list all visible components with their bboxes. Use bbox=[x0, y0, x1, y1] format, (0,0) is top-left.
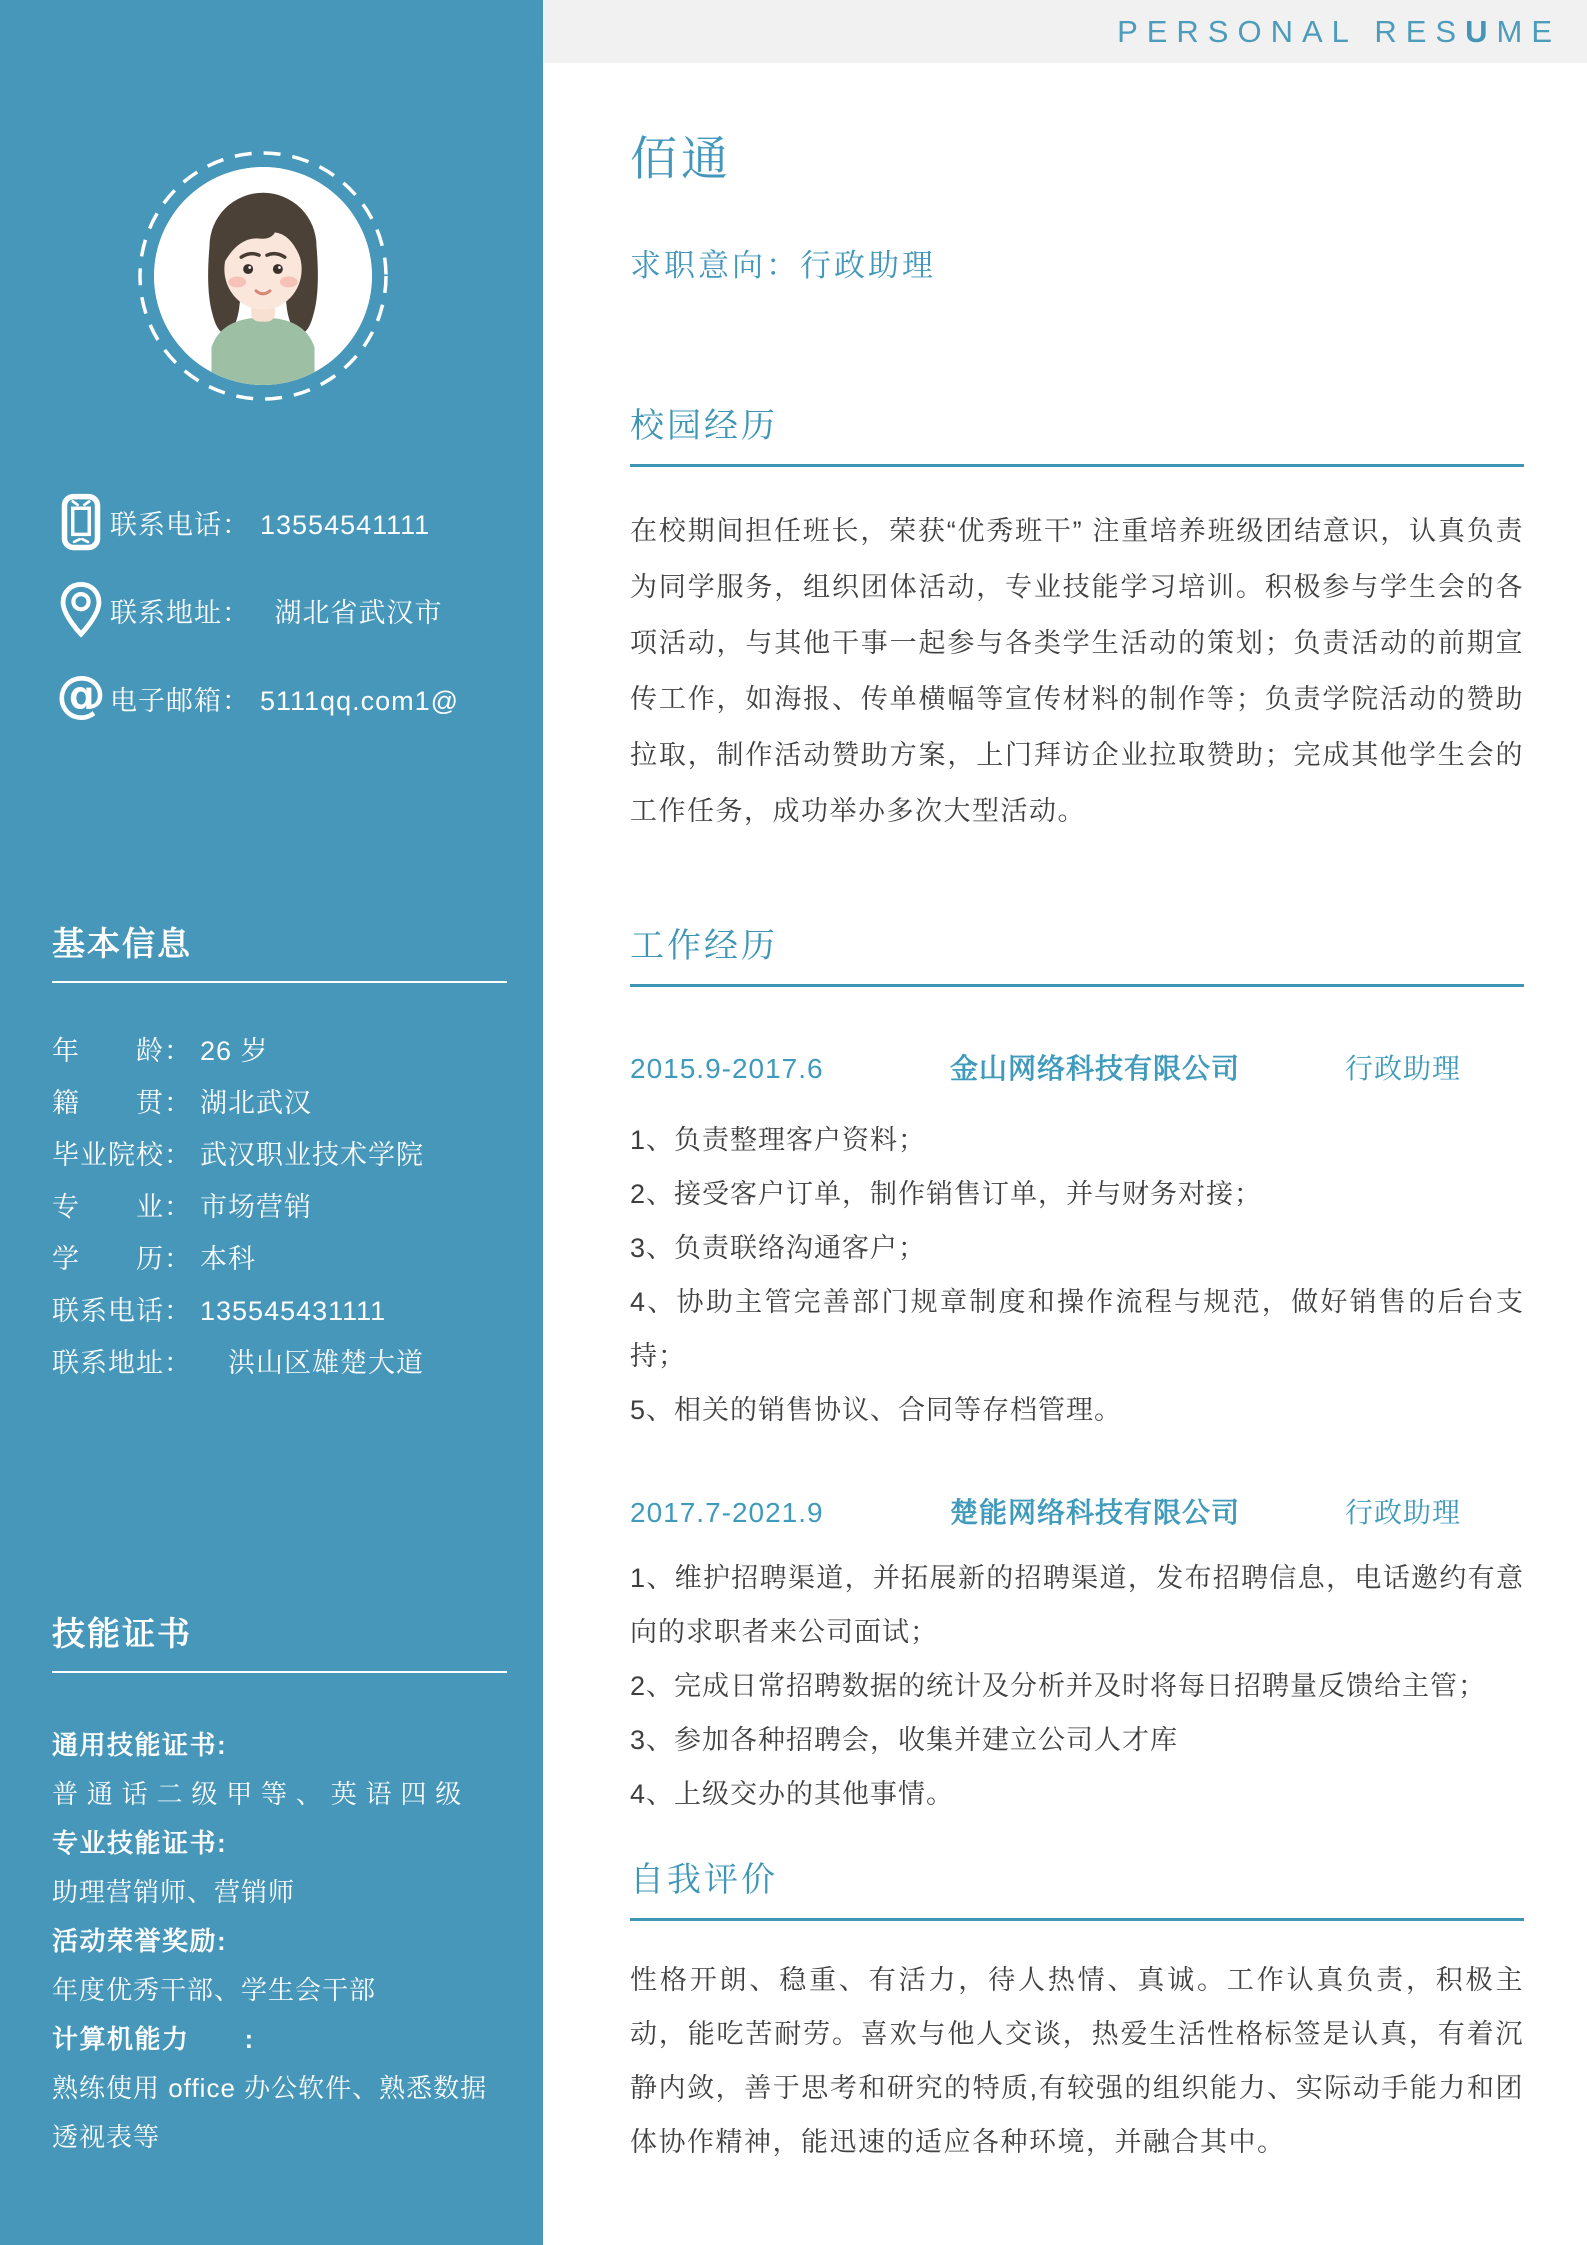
job-company: 楚能网络科技有限公司 bbox=[950, 1491, 1345, 1531]
job-period: 2015.9-2017.6 bbox=[630, 1053, 950, 1085]
self-evaluation-paragraph: 性格开朗、稳重、有活力，待人热情、真诚。工作认真负责，积极主动，能吃苦耐劳。喜欢… bbox=[630, 1953, 1524, 2169]
info-label: 学 历： bbox=[52, 1233, 192, 1285]
section-heading: 自我评价 bbox=[630, 1852, 1524, 1921]
info-label: 联系电话： bbox=[52, 1285, 192, 1337]
skills-heading: 技能证书 bbox=[52, 1608, 507, 1655]
duties-list: 1、维护招聘渠道，并拓展新的招聘渠道，发布招聘信息，电话邀约有意向的求职者来公司… bbox=[630, 1551, 1524, 1821]
skill-line: 通用技能证书: bbox=[52, 1721, 507, 1770]
banner-title-bold: U bbox=[1465, 14, 1496, 49]
skill-line: 普通话二级甲等、英语四级 bbox=[52, 1770, 507, 1819]
job-title: 行政助理 bbox=[1345, 1491, 1524, 1531]
skill-line: 年度优秀干部、学生会干部 bbox=[52, 1966, 507, 2015]
phone-icon bbox=[52, 492, 110, 552]
contact-label: 电子邮箱： bbox=[110, 686, 250, 716]
job-header: 2017.7-2021.9 楚能网络科技有限公司 行政助理 bbox=[630, 1491, 1524, 1531]
info-label: 专 业： bbox=[52, 1181, 192, 1233]
contact-value: 13554541111 bbox=[260, 510, 430, 540]
info-value: 本科 bbox=[200, 1233, 256, 1285]
duty-item: 4、协助主管完善部门规章制度和操作流程与规范，做好销售的后台支持； bbox=[630, 1275, 1524, 1383]
avatar-photo bbox=[154, 167, 372, 385]
skill-line: 专业技能证书: bbox=[52, 1819, 507, 1868]
duty-item: 3、负责联络沟通客户； bbox=[630, 1221, 1524, 1275]
skill-line: 助理营销师、营销师 bbox=[52, 1868, 507, 1917]
duty-item: 1、负责整理客户资料； bbox=[630, 1113, 1524, 1167]
job-entry: 2017.7-2021.9 楚能网络科技有限公司 行政助理 1、维护招聘渠道，并… bbox=[630, 1491, 1524, 1821]
contact-row-email: @ 电子邮箱：5111qq.com1@ bbox=[52, 668, 502, 728]
skills-lines: 通用技能证书: 普通话二级甲等、英语四级 专业技能证书: 助理营销师、营销师 活… bbox=[52, 1721, 507, 2162]
banner-title-suffix: ME bbox=[1497, 14, 1562, 49]
duty-item: 3、参加各种招聘会，收集并建立公司人才库 bbox=[630, 1713, 1524, 1767]
info-row: 联系地址： 洪山区雄楚大道 bbox=[52, 1337, 507, 1389]
basic-info-rows: 年 龄：26 岁 籍 贯：湖北武汉 毕业院校：武汉职业技术学院 专 业：市场营销… bbox=[52, 1025, 507, 1389]
resume-banner: PERSONAL RESUME bbox=[543, 0, 1587, 63]
heading-divider bbox=[52, 1671, 507, 1673]
school-experience-section: 校园经历 在校期间担任班长，荣获“优秀班干” 注重培养班级团结意识，认真负责为同… bbox=[630, 398, 1524, 839]
avatar bbox=[137, 150, 389, 402]
duty-item: 1、维护招聘渠道，并拓展新的招聘渠道，发布招聘信息，电话邀约有意向的求职者来公司… bbox=[630, 1551, 1524, 1659]
sidebar: 联系电话：13554541111 联系地址： 湖北省武汉市 @ 电子邮箱：511… bbox=[0, 0, 543, 2245]
location-icon bbox=[52, 580, 110, 640]
section-heading: 校园经历 bbox=[630, 398, 1524, 467]
skill-line: 熟练使用 office 办公软件、熟悉数据透视表等 bbox=[52, 2064, 507, 2162]
duties-list: 1、负责整理客户资料； 2、接受客户订单，制作销售订单，并与财务对接； 3、负责… bbox=[630, 1113, 1524, 1437]
job-objective: 求职意向：行政助理 bbox=[630, 240, 936, 285]
info-row: 专 业：市场营销 bbox=[52, 1181, 507, 1233]
job-period: 2017.7-2021.9 bbox=[630, 1497, 950, 1529]
contact-label: 联系电话： bbox=[110, 510, 250, 540]
email-icon: @ bbox=[52, 668, 110, 728]
contact-text: 电子邮箱：5111qq.com1@ bbox=[110, 679, 459, 718]
contact-list: 联系电话：13554541111 联系地址： 湖北省武汉市 @ 电子邮箱：511… bbox=[52, 492, 502, 756]
svg-text:@: @ bbox=[56, 669, 106, 724]
skill-line: 计算机能力 : bbox=[52, 2015, 507, 2064]
contact-row-phone: 联系电话：13554541111 bbox=[52, 492, 502, 552]
heading-divider bbox=[52, 981, 507, 983]
self-evaluation-section: 自我评价 性格开朗、稳重、有活力，待人热情、真诚。工作认真负责，积极主动，能吃苦… bbox=[630, 1852, 1524, 2169]
section-heading: 工作经历 bbox=[630, 918, 1524, 987]
contact-value: 湖北省武汉市 bbox=[247, 598, 443, 628]
skill-line: 活动荣誉奖励: bbox=[52, 1917, 507, 1966]
school-experience-paragraph: 在校期间担任班长，荣获“优秀班干” 注重培养班级团结意识，认真负责为同学服务，组… bbox=[630, 503, 1524, 839]
info-label: 籍 贯： bbox=[52, 1077, 192, 1129]
duty-item: 2、接受客户订单，制作销售订单，并与财务对接； bbox=[630, 1167, 1524, 1221]
duty-item: 5、相关的销售协议、合同等存档管理。 bbox=[630, 1383, 1524, 1437]
info-value: 洪山区雄楚大道 bbox=[200, 1337, 424, 1389]
banner-title-prefix: PERSONAL RES bbox=[1117, 14, 1465, 49]
contact-value: 5111qq.com1@ bbox=[260, 686, 459, 716]
info-label: 联系地址： bbox=[52, 1337, 192, 1389]
resume-page: { "colors": { "sidebar_bg": "#4697BA", "… bbox=[0, 0, 1587, 2245]
contact-row-address: 联系地址： 湖北省武汉市 bbox=[52, 580, 502, 640]
job-company: 金山网络科技有限公司 bbox=[950, 1047, 1345, 1087]
info-row: 毕业院校：武汉职业技术学院 bbox=[52, 1129, 507, 1181]
contact-text: 联系地址： 湖北省武汉市 bbox=[110, 591, 443, 630]
info-value: 湖北武汉 bbox=[200, 1077, 312, 1129]
info-row: 学 历：本科 bbox=[52, 1233, 507, 1285]
duty-item: 2、完成日常招聘数据的统计及分析并及时将每日招聘量反馈给主管； bbox=[630, 1659, 1524, 1713]
contact-label: 联系地址： bbox=[110, 598, 237, 628]
info-value: 市场营销 bbox=[200, 1181, 312, 1233]
contact-text: 联系电话：13554541111 bbox=[110, 503, 430, 542]
info-row: 籍 贯：湖北武汉 bbox=[52, 1077, 507, 1129]
work-experience-section: 工作经历 2015.9-2017.6 金山网络科技有限公司 行政助理 1、负责整… bbox=[630, 918, 1524, 1821]
skills-section: 技能证书 通用技能证书: 普通话二级甲等、英语四级 专业技能证书: 助理营销师、… bbox=[52, 1608, 507, 2162]
info-value: 26 岁 bbox=[200, 1025, 269, 1077]
job-entry: 2015.9-2017.6 金山网络科技有限公司 行政助理 1、负责整理客户资料… bbox=[630, 1047, 1524, 1437]
info-row: 联系电话：135545431111 bbox=[52, 1285, 507, 1337]
info-value: 武汉职业技术学院 bbox=[200, 1129, 424, 1181]
info-value: 135545431111 bbox=[200, 1285, 386, 1337]
banner-title: PERSONAL RESUME bbox=[1117, 14, 1561, 50]
job-header: 2015.9-2017.6 金山网络科技有限公司 行政助理 bbox=[630, 1047, 1524, 1087]
info-row: 年 龄：26 岁 bbox=[52, 1025, 507, 1077]
avatar-illustration bbox=[154, 167, 372, 385]
basic-info-section: 基本信息 年 龄：26 岁 籍 贯：湖北武汉 毕业院校：武汉职业技术学院 专 业… bbox=[52, 918, 507, 1389]
candidate-name: 佰通 bbox=[630, 122, 732, 189]
duty-item: 4、上级交办的其他事情。 bbox=[630, 1767, 1524, 1821]
main-content: PERSONAL RESUME 佰通 求职意向：行政助理 校园经历 在校期间担任… bbox=[543, 0, 1587, 2245]
info-label: 毕业院校： bbox=[52, 1129, 192, 1181]
job-title: 行政助理 bbox=[1345, 1047, 1524, 1087]
basic-info-heading: 基本信息 bbox=[52, 918, 507, 965]
info-label: 年 龄： bbox=[52, 1025, 192, 1077]
